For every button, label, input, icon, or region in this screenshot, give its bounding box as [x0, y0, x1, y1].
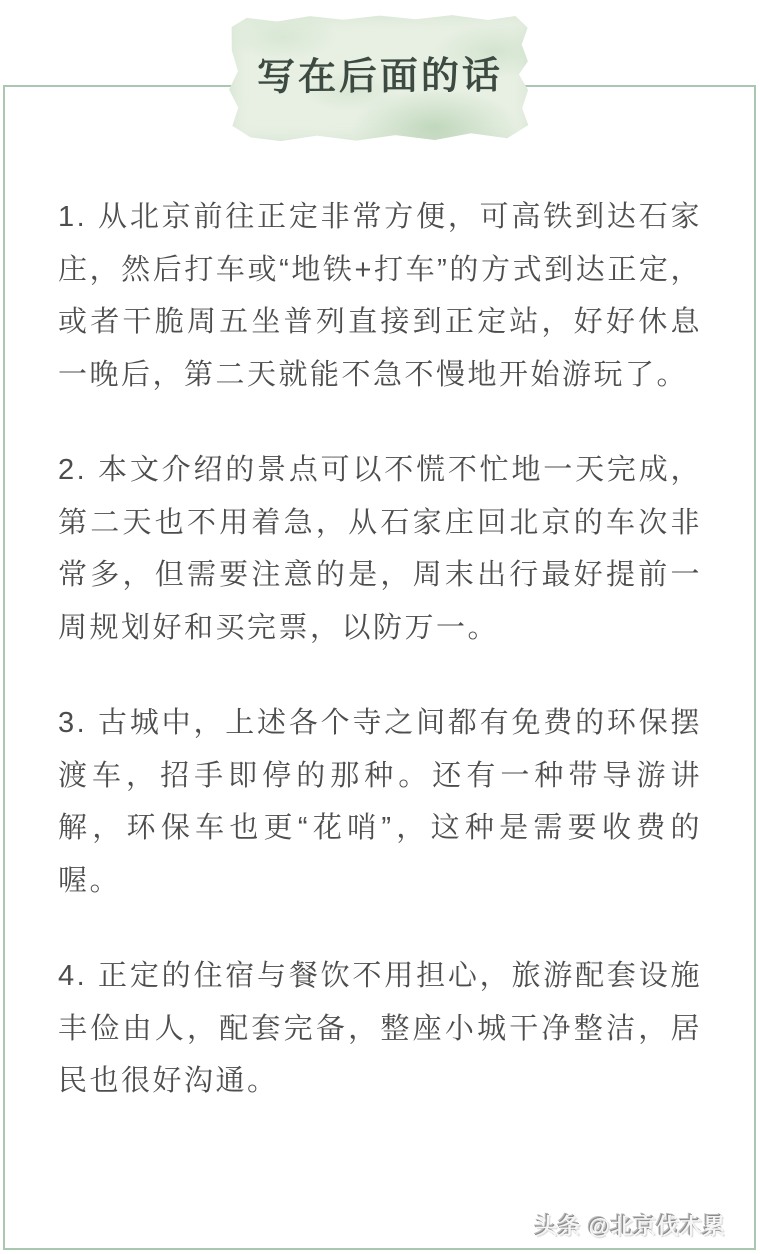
paragraph-3: 3. 古城中，上述各个寺之间都有免费的环保摆渡车，招手即停的那种。还有一种带导游…	[58, 697, 702, 907]
paragraph-list: 1. 从北京前往正定非常方便，可高铁到达石家庄，然后打车或“地铁+打车”的方式到…	[5, 87, 754, 1108]
page-title: 写在后面的话	[257, 44, 503, 101]
content-border-box: 1. 从北京前往正定非常方便，可高铁到达石家庄，然后打车或“地铁+打车”的方式到…	[3, 85, 756, 1250]
paragraph-4: 4. 正定的住宿与餐饮不用担心，旅游配套设施丰俭由人，配套完备，整座小城干净整洁…	[58, 950, 702, 1108]
title-badge: 写在后面的话	[229, 12, 532, 144]
paragraph-2: 2. 本文介绍的景点可以不慌不忙地一天完成，第二天也不用着急，从石家庄回北京的车…	[58, 444, 702, 654]
watermark: 头条 @北京伐木累	[535, 1210, 726, 1241]
paragraph-1: 1. 从北京前往正定非常方便，可高铁到达石家庄，然后打车或“地铁+打车”的方式到…	[58, 191, 702, 401]
article-page: 1. 从北京前往正定非常方便，可高铁到达石家庄，然后打车或“地铁+打车”的方式到…	[0, 0, 760, 1254]
